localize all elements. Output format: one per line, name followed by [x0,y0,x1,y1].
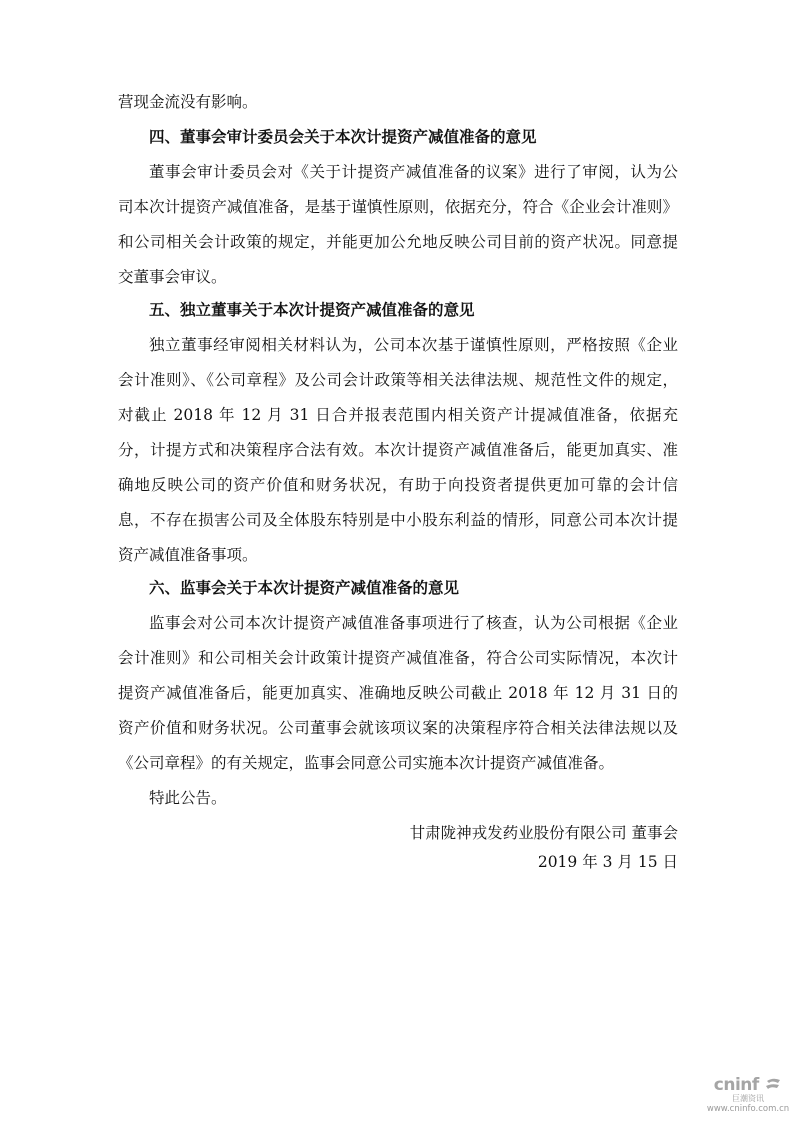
signature-company: 甘肃陇神戎发药业股份有限公司 董事会 [118,823,678,843]
paragraph-line: 对截止 2018 年 12 月 31 日合并报表范围内相关资产计提减值准备，依据… [118,405,678,425]
section-heading-4: 四、董事会审计委员会关于本次计提资产减值准备的意见 [118,127,678,147]
cninfo-logo-icon [764,1077,782,1093]
paragraph-line: 交董事会审议。 [118,267,678,287]
section-heading-6: 六、监事会关于本次计提资产减值准备的意见 [118,578,678,598]
paragraph-line: 和公司相关会计政策的规定，并能更加公允地反映公司目前的资产状况。同意提 [118,232,678,252]
paragraph-line: 提资产减值准备后，能更加真实、准确地反映公司截止 2018 年 12 月 31 … [118,683,678,703]
watermark-url: www.cninfo.com.cn [706,1104,790,1115]
paragraph-line: 资产价值和财务状况。公司董事会就该项议案的决策程序符合相关法律法规以及 [118,718,678,738]
paragraph-tail: 营现金流没有影响。 [118,92,678,112]
watermark-brand-cn: 巨潮资讯 [706,1094,790,1104]
paragraph-line: 监事会对公司本次计提资产减值准备事项进行了核查，认为公司根据《企业 [118,613,678,633]
section-heading-5: 五、独立董事关于本次计提资产减值准备的意见 [118,300,678,320]
paragraph-line: 《公司章程》的有关规定，监事会同意公司实施本次计提资产减值准备。 [118,753,678,773]
signature-date: 2019 年 3 月 15 日 [118,852,678,872]
paragraph-line: 司本次计提资产减值准备，是基于谨慎性原则，依据充分，符合《企业会计准则》 [118,197,678,217]
paragraph-line: 息，不存在损害公司及全体股东特别是中小股东利益的情形，同意公司本次计提 [118,510,678,530]
paragraph-line: 会计准则》、《公司章程》及公司会计政策等相关法律法规、规范性文件的规定， [118,370,678,390]
cninfo-watermark: cninf 巨潮资讯 www.cninfo.com.cn [706,1076,790,1115]
paragraph-line: 资产减值准备事项。 [118,545,678,565]
watermark-brand: cninf [714,1075,759,1095]
paragraph-line: 确地反映公司的资产价值和财务状况，有助于向投资者提供更加可靠的会计信 [118,475,678,495]
paragraph-line: 董事会审计委员会对《关于计提资产减值准备的议案》进行了审阅，认为公 [118,162,678,182]
paragraph-line: 会计准则》和公司相关会计政策计提资产减值准备，符合公司实际情况，本次计 [118,648,678,668]
closing-statement: 特此公告。 [118,788,678,808]
paragraph-line: 独立董事经审阅相关材料认为，公司本次基于谨慎性原则，严格按照《企业 [118,335,678,355]
paragraph-line: 分，计提方式和决策程序合法有效。本次计提资产减值准备后，能更加真实、准 [118,440,678,460]
